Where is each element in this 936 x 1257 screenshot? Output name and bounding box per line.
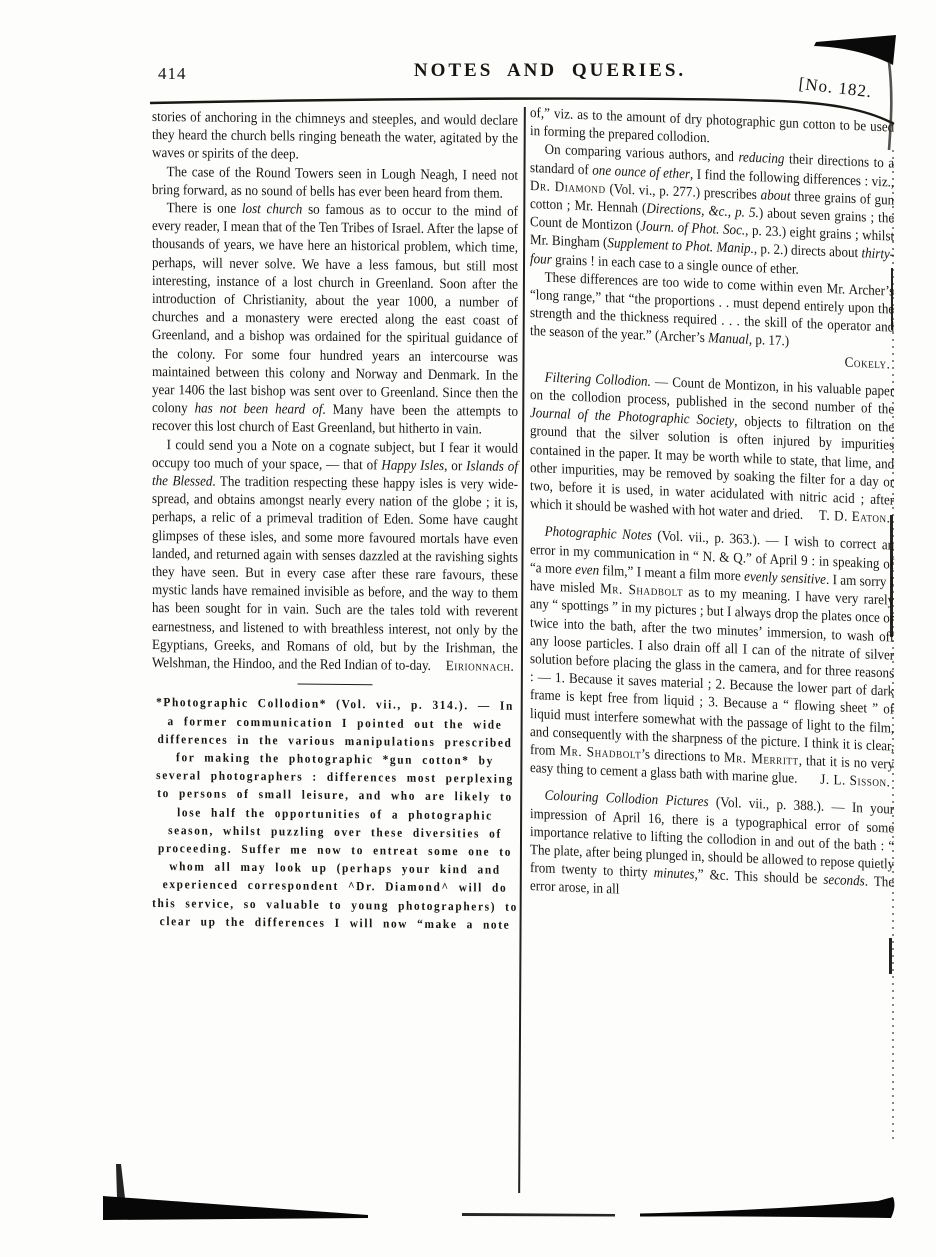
- page-edge-mark: [889, 938, 892, 974]
- paragraph: I could send you a Note on a cognate sub…: [152, 436, 518, 676]
- paragraph: On comparing various authors, and reduci…: [530, 140, 894, 282]
- paragraph: There is one lost church so famous as to…: [152, 199, 518, 439]
- paragraph: Filtering Collodion. — Count de Montizon…: [530, 368, 894, 528]
- left-column: stories of anchoring in the chimneys and…: [152, 108, 518, 940]
- paragraph: These differences are too wide to come w…: [530, 268, 894, 355]
- column-divider-line: [518, 107, 525, 1193]
- paragraph: Colouring Collodion Pictures (Vol. vii.,…: [530, 786, 894, 910]
- section-divider-rule: [297, 684, 372, 686]
- scanned-journal-page: 414 NOTES AND QUERIES. [No. 182. stories…: [0, 0, 936, 1257]
- paragraph: The case of the Round Towers seen in Lou…: [152, 163, 518, 203]
- section-heading: *Photographic Collodion* (Vol. vii., p. …: [152, 693, 518, 933]
- paragraph: [152, 936, 518, 940]
- paragraph: Photographic Notes (Vol. vii., p. 363.).…: [530, 522, 894, 791]
- right-column: of,” viz. as to the amount of dry photog…: [530, 104, 894, 910]
- paragraph: stories of anchoring in the chimneys and…: [152, 108, 518, 166]
